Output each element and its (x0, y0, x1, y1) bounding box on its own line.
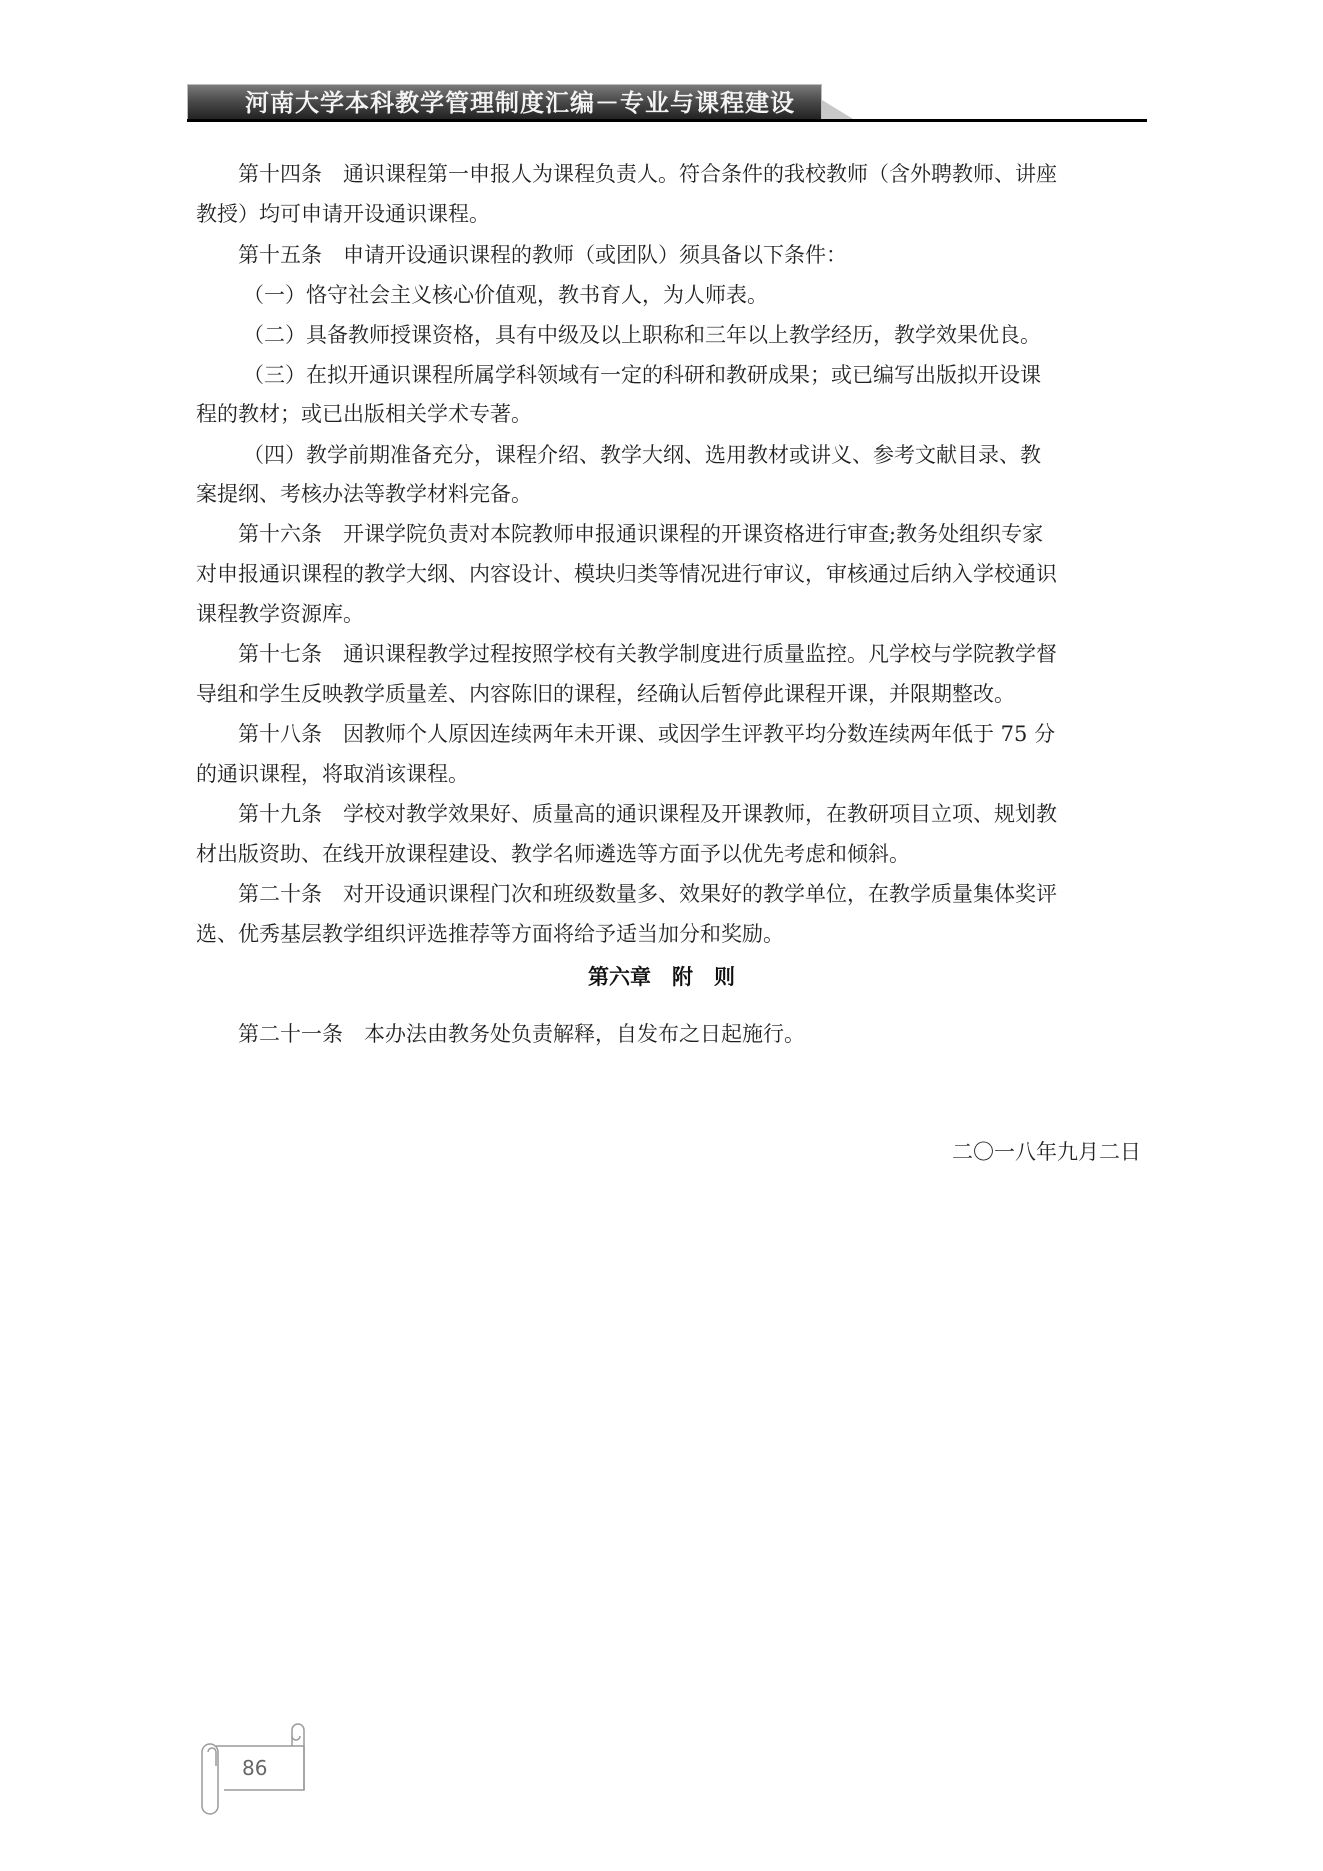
article-16-line-3: 课程教学资源库。 (196, 599, 364, 629)
article-15-item-1: （一）恪守社会主义核心价值观，教书育人，为人师表。 (243, 280, 768, 310)
article-16-line-2: 对申报通识课程的教学大纲、内容设计、模块归类等情况进行审议，审核通过后纳入学校通… (196, 559, 1057, 589)
article-19-line-1: 第十九条 学校对教学效果好、质量高的通识课程及开课教师，在教研项目立项、规划教 (238, 799, 1057, 829)
article-20-line-2: 选、优秀基层教学组织评选推荐等方面将给予适当加分和奖励。 (196, 919, 784, 949)
article-17-line-2: 导组和学生反映教学质量差、内容陈旧的课程，经确认后暂停此课程开课，并限期整改。 (196, 679, 1015, 709)
article-14-line-2: 教授）均可申请开设通识课程。 (196, 199, 490, 229)
issue-date: 二〇一八年九月二日 (952, 1137, 1141, 1167)
header-rule (187, 119, 1147, 122)
article-15-item-4-line-2: 案提纲、考核办法等教学材料完备。 (196, 479, 532, 509)
page-number: 86 (242, 1756, 267, 1780)
article-14-line-1: 第十四条 通识课程第一申报人为课程负责人。符合条件的我校教师（含外聘教师、讲座 (238, 159, 1057, 189)
article-15-line-1: 第十五条 申请开设通识课程的教师（或团队）须具备以下条件： (238, 240, 847, 270)
article-19-line-2: 材出版资助、在线开放课程建设、教学名师遴选等方面予以优先考虑和倾斜。 (196, 839, 910, 869)
article-21: 第二十一条 本办法由教务处负责解释，自发布之日起施行。 (238, 1019, 805, 1049)
article-18-line-1: 第十八条 因教师个人原因连续两年未开课、或因学生评教平均分数连续两年低于 75 … (238, 719, 1055, 749)
article-18-line-2: 的通识课程，将取消该课程。 (196, 759, 469, 789)
chapter-heading: 第六章 附 则 (0, 962, 1323, 992)
article-16-line-1: 第十六条 开课学院负责对本院教师申报通识课程的开课资格进行审查;教务处组织专家 (238, 519, 1043, 549)
article-15-item-3-line-2: 程的教材；或已出版相关学术专著。 (196, 399, 532, 429)
article-17-line-1: 第十七条 通识课程教学过程按照学校有关教学制度进行质量监控。凡学校与学院教学督 (238, 639, 1057, 669)
article-20-line-1: 第二十条 对开设通识课程门次和班级数量多、效果好的教学单位，在教学质量集体奖评 (238, 879, 1057, 909)
article-15-item-2: （二）具备教师授课资格，具有中级及以上职称和三年以上教学经历，教学效果优良。 (243, 320, 1041, 350)
article-15-item-3-line-1: （三）在拟开通识课程所属学科领域有一定的科研和教研成果；或已编写出版拟开设课 (243, 360, 1041, 390)
article-15-item-4-line-1: （四）教学前期准备充分，课程介绍、教学大纲、选用教材或讲义、参考文献目录、教 (243, 440, 1041, 470)
running-header-title: 河南大学本科教学管理制度汇编－专业与课程建设 (245, 86, 795, 120)
